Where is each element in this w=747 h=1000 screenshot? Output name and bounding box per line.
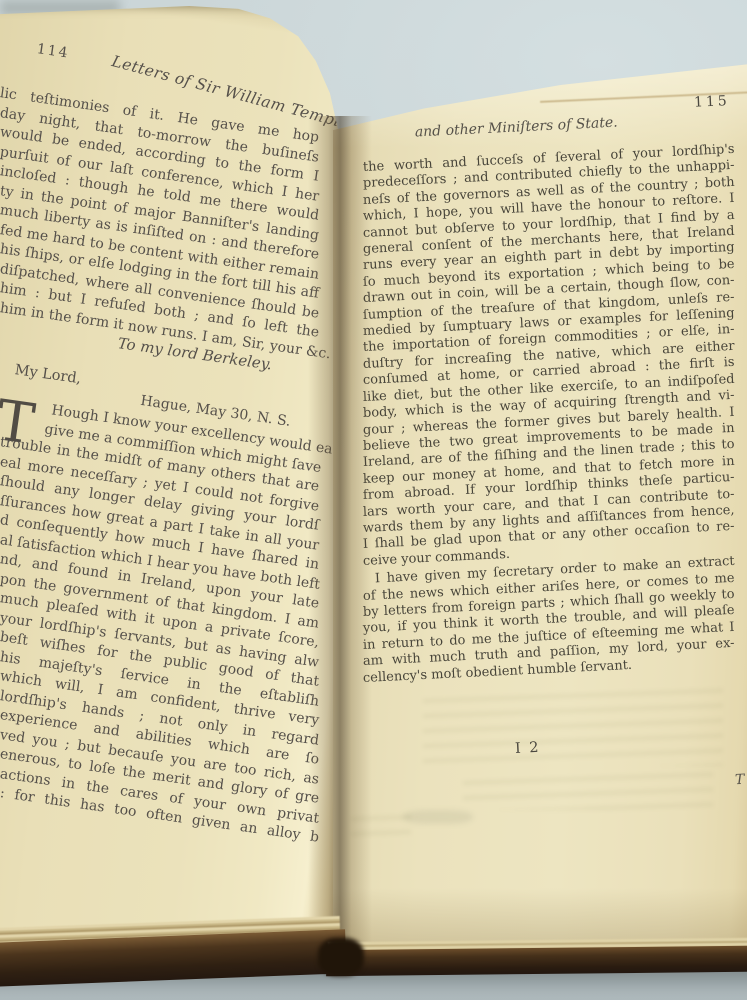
catchword: T — [734, 772, 744, 788]
left-paragraph-2-wrap: T Hough I know your excellency would eag… — [0, 394, 322, 804]
spine-shadow — [318, 938, 364, 976]
right-running-head-row: and other Miniſters of State. 115 — [362, 106, 735, 148]
left-page: 114 Letters of Sir William Temple, lic t… — [0, 6, 344, 954]
left-page-text: 114 Letters of Sir William Temple, lic t… — [0, 36, 322, 804]
right-running-header: and other Miniſters of State. — [414, 115, 618, 141]
book-photo: 114 Letters of Sir William Temple, lic t… — [0, 0, 747, 1000]
gutter-shadow — [308, 116, 372, 958]
show-through-smudge — [463, 770, 713, 810]
right-page: and other Miniſters of State. 115 the wo… — [333, 58, 747, 960]
left-paragraph-1: lic teſtimonies of it. He gave me hopday… — [0, 84, 322, 318]
show-through-smudge — [423, 688, 723, 766]
right-page-number: 115 — [694, 93, 730, 111]
left-paragraph-2: Hough I know your excellency would eagiv… — [0, 394, 322, 804]
right-paragraph-2: I have given my ſecretary order to make … — [363, 572, 735, 687]
right-paragraph-1: the worth and ſucceſs of ſeveral of your… — [363, 160, 735, 570]
right-cover-edge — [326, 946, 747, 976]
right-page-text: and other Miniſters of State. 115 the wo… — [363, 124, 735, 757]
show-through-smudge — [403, 810, 473, 824]
left-page-number: 114 — [36, 41, 71, 61]
